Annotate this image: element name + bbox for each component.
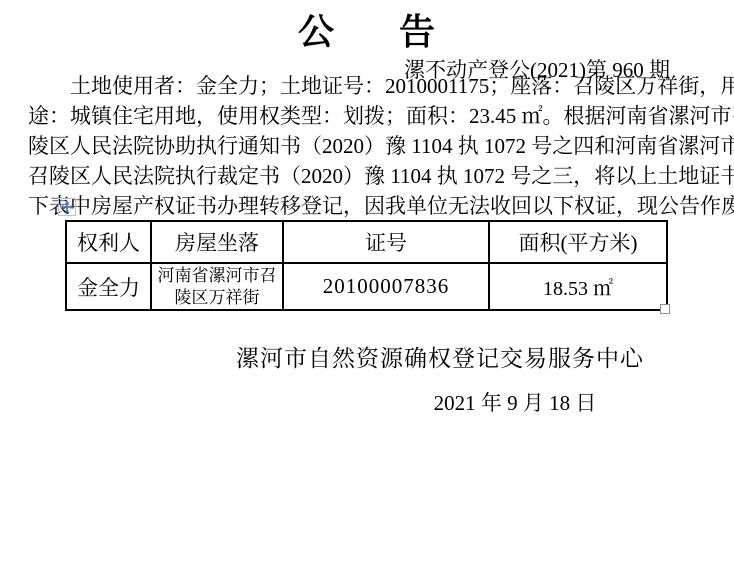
table-row: 金全力 河南省漯河市召陵区万祥街 20100007836 18.53 ㎡ — [66, 263, 667, 310]
certificates-table: 权利人 房屋坐落 证号 面积(平方米) 金全力 河南省漯河市召陵区万祥街 201… — [65, 220, 668, 311]
body-line-4: 召陵区人民法院执行裁定书（2020）豫 1104 执 1072 号之三，将以上土… — [28, 161, 706, 191]
body-paragraph: 土地使用者：金全力；土地证号：2010001175；座落：召陵区万祥街，用 途：… — [28, 71, 706, 221]
body-line-2: 途：城镇住宅用地，使用权类型：划拨；面积：23.45 ㎡。根据河南省漯河市召 — [28, 101, 706, 131]
header-area-sqm: 面积(平方米) — [489, 221, 667, 263]
announcement-document: 公 告 漯不动产登公(2021)第 960 期 土地使用者：金全力；土地证号：2… — [0, 0, 734, 579]
issuing-authority: 漯河市自然资源确权登记交易服务中心 — [146, 340, 734, 373]
cell-certificate-number: 20100007836 — [283, 263, 489, 310]
issue-date: 2021 年 9 月 18 日 — [296, 387, 734, 417]
cell-right-holder: 金全力 — [66, 263, 151, 310]
page-title: 公 告 — [0, 4, 734, 55]
body-line-5: 下表中房屋产权证书办理转移登记，因我单位无法收回以下权证，现公告作废。 — [28, 191, 706, 221]
table-header-row: 权利人 房屋坐落 证号 面积(平方米) — [66, 221, 667, 263]
header-house-location: 房屋坐落 — [151, 221, 283, 263]
body-line-3: 陵区人民法院协助执行通知书（2020）豫 1104 执 1072 号之四和河南省… — [28, 131, 706, 161]
header-certificate-number: 证号 — [283, 221, 489, 263]
header-right-holder: 权利人 — [66, 221, 151, 263]
table-move-handle-icon[interactable] — [58, 198, 76, 216]
body-line-1: 土地使用者：金全力；土地证号：2010001175；座落：召陵区万祥街，用 — [28, 71, 706, 101]
cell-house-location: 河南省漯河市召陵区万祥街 — [151, 263, 283, 310]
table-resize-handle-icon[interactable] — [660, 304, 670, 314]
cell-area-sqm: 18.53 ㎡ — [489, 263, 667, 310]
